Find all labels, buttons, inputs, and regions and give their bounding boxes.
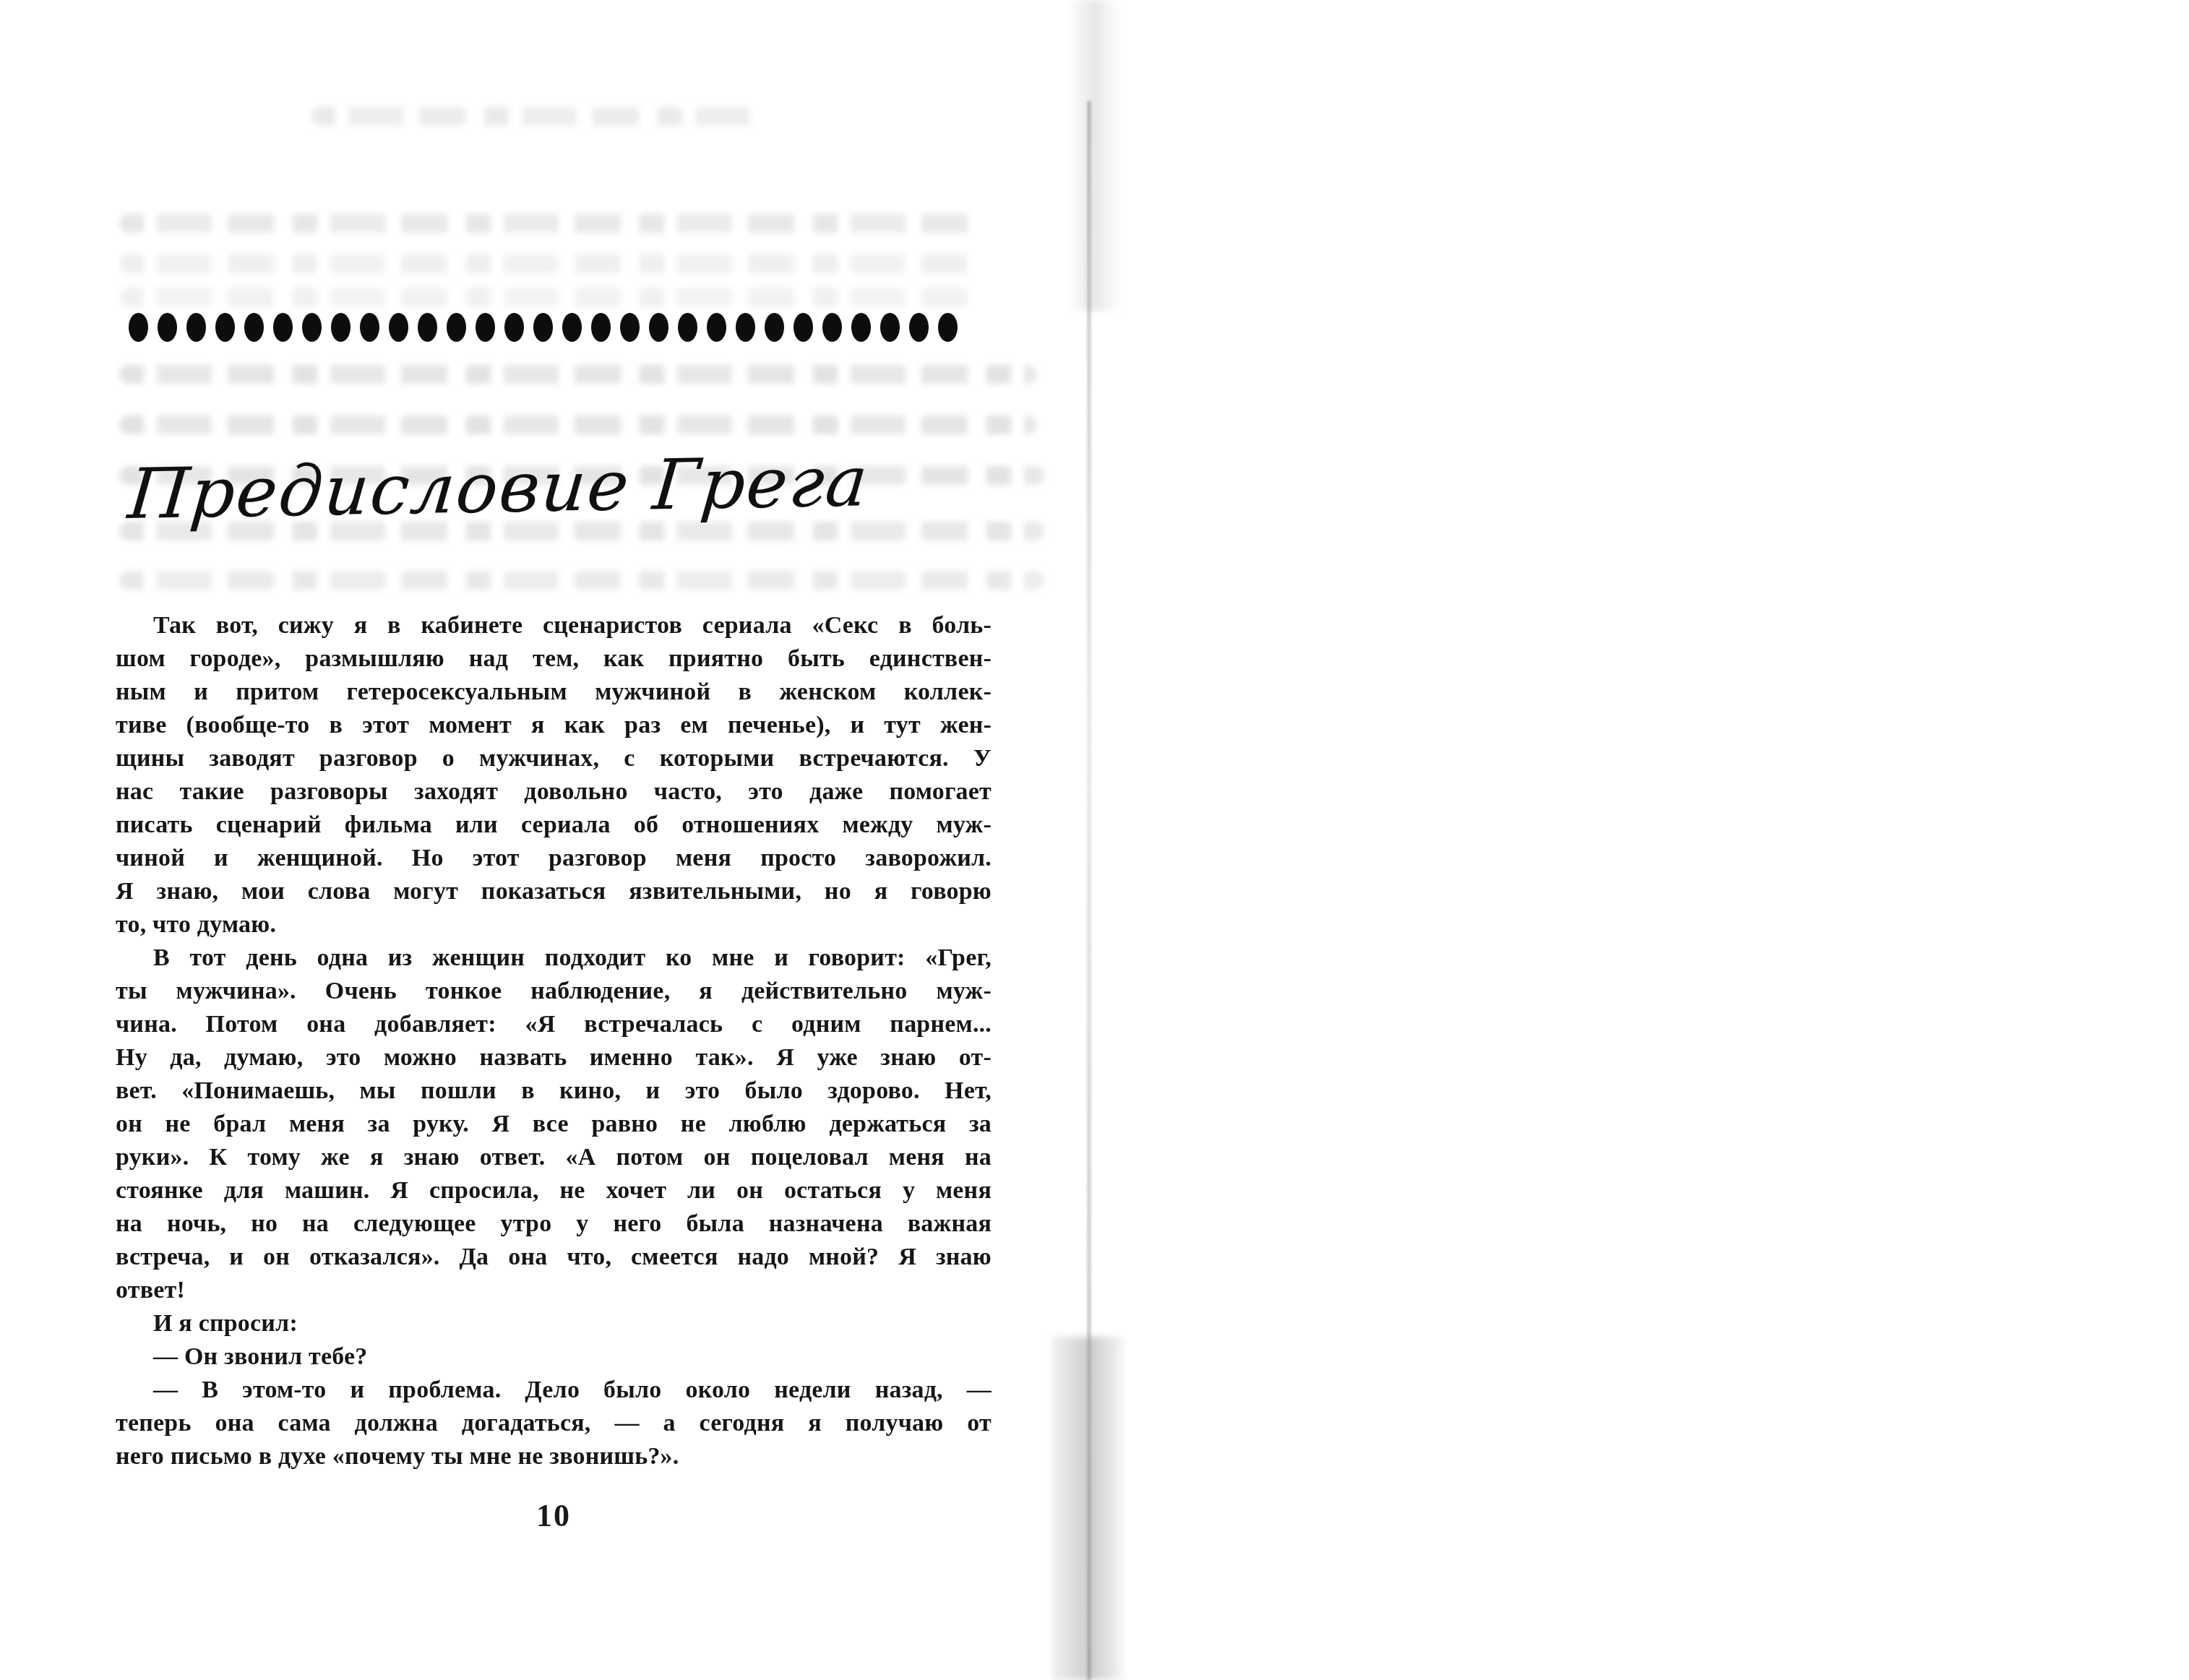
dot xyxy=(389,313,408,342)
text-line: он не брал меня за руку. Я все равно не … xyxy=(116,1108,992,1141)
dot xyxy=(418,313,437,342)
text-line: встреча, и он отказался». Да она что, см… xyxy=(116,1241,992,1274)
text-line: руки». К тому же я знаю ответ. «А потом … xyxy=(116,1141,992,1174)
dot xyxy=(504,313,524,342)
text-line: писать сценарий фильма или сериала об от… xyxy=(116,809,992,842)
bleed-through-row xyxy=(119,415,1037,434)
text-line: шом городе», размышляю над тем, как прия… xyxy=(116,642,992,676)
paragraph: — Он звонил тебе? xyxy=(116,1340,992,1374)
text-line: Я знаю, мои слова могут показаться язвит… xyxy=(116,875,992,908)
dot xyxy=(765,313,784,342)
text-line: ответ! xyxy=(116,1274,992,1307)
book-spread-scan: Предисловие Грега Так вот, сижу я в каби… xyxy=(0,0,2189,1680)
text-line: ты мужчина». Очень тонкое наблюдение, я … xyxy=(116,975,992,1008)
dot xyxy=(186,313,206,342)
dot xyxy=(562,313,582,342)
text-line: стоянке для машин. Я спросила, не хочет … xyxy=(116,1174,992,1207)
text-line: на ночь, но на следующее утро у него был… xyxy=(116,1207,992,1241)
dot xyxy=(880,313,900,342)
text-line: чиной и женщиной. Но этот разговор меня … xyxy=(116,842,992,875)
dot xyxy=(591,313,611,342)
text-line: Ну да, думаю, это можно назвать именно т… xyxy=(116,1041,992,1074)
section-title: Предисловие Грега xyxy=(125,441,872,535)
dot xyxy=(678,313,697,342)
text-line: ным и притом гетеросексуальным мужчиной … xyxy=(116,676,992,709)
dot xyxy=(331,313,351,342)
dot xyxy=(244,313,264,342)
dot xyxy=(649,313,668,342)
dot xyxy=(794,313,813,342)
dot xyxy=(158,313,177,342)
bleed-through-row xyxy=(119,288,979,306)
text-line: вет. «Понимаешь, мы пошли в кино, и это … xyxy=(116,1074,992,1108)
dot xyxy=(938,313,958,342)
paragraph: Так вот, сижу я в кабинете сценаристов с… xyxy=(116,609,992,942)
dot xyxy=(360,313,379,342)
dot xyxy=(302,313,322,342)
text-line: теперь она сама должна догадаться, — а с… xyxy=(116,1407,992,1440)
dot xyxy=(215,313,235,342)
text-line: — Он звонил тебе? xyxy=(116,1340,992,1374)
bleed-through-row xyxy=(119,214,979,233)
right-page: Вся правда о мужчинах Я пристально посмо… xyxy=(1095,0,2189,1680)
dot xyxy=(273,313,293,342)
dot xyxy=(476,313,495,342)
dot xyxy=(707,313,726,342)
text-line: нас такие разговоры заходят довольно час… xyxy=(116,775,992,809)
text-line: него письмо в духе «почему ты мне не зво… xyxy=(116,1440,992,1473)
gutter-shadow-top xyxy=(1068,0,1120,311)
text-line: И я спросил: xyxy=(116,1307,992,1340)
dot xyxy=(822,313,842,342)
bleed-through-row xyxy=(119,571,1044,590)
text-line: щины заводят разговор о мужчинах, с кото… xyxy=(116,742,992,775)
left-page: Предисловие Грега Так вот, сижу я в каби… xyxy=(0,0,1095,1680)
dot xyxy=(129,313,148,342)
dots-divider xyxy=(129,313,958,342)
text-line: Так вот, сижу я в кабинете сценаристов с… xyxy=(116,609,992,642)
text-line: тиве (вообще-то в этот момент я как раз … xyxy=(116,709,992,742)
dot xyxy=(851,313,871,342)
paragraph: И я спросил: xyxy=(116,1307,992,1340)
text-line: чина. Потом она добавляет: «Я встречалас… xyxy=(116,1008,992,1041)
dot xyxy=(909,313,929,342)
gutter-shadow-bottom xyxy=(1052,1337,1124,1680)
dot xyxy=(533,313,553,342)
text-line: — В этом-то и проблема. Дело было около … xyxy=(116,1374,992,1407)
dot xyxy=(447,313,466,342)
text-line: то, что думаю. xyxy=(116,908,992,942)
bleed-through-row xyxy=(119,365,1037,384)
page-number-left: 10 xyxy=(116,1497,992,1534)
bleed-through-row xyxy=(311,107,759,126)
dot xyxy=(620,313,640,342)
dot xyxy=(736,313,755,342)
bleed-through-row xyxy=(119,254,979,273)
paragraph: — В этом-то и проблема. Дело было около … xyxy=(116,1374,992,1473)
paragraph: В тот день одна из женщин подходит ко мн… xyxy=(116,942,992,1307)
text-line: В тот день одна из женщин подходит ко мн… xyxy=(116,942,992,975)
left-page-text: Так вот, сижу я в кабинете сценаристов с… xyxy=(116,609,992,1473)
